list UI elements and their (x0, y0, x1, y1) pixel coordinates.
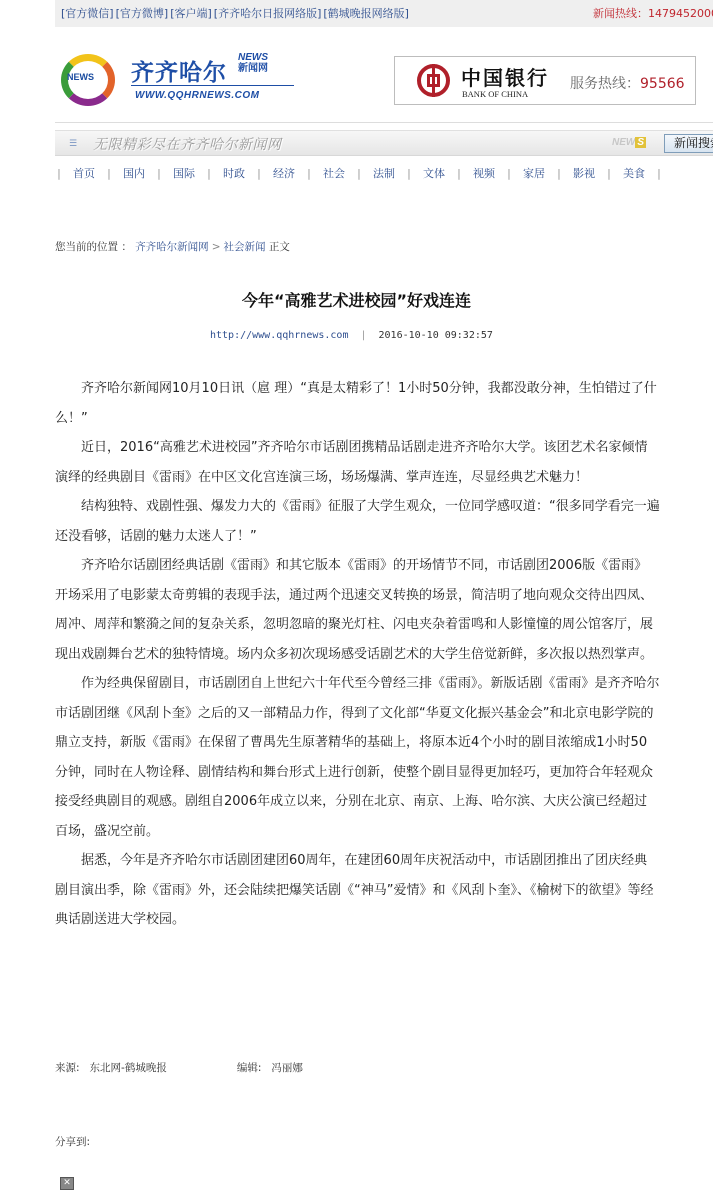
source-value: 东北网-鹤城晚报 (90, 1062, 167, 1074)
logo-url: WWW.QQHRNEWS.COM (135, 90, 259, 101)
nav-home[interactable]: 首页 (63, 164, 105, 184)
logo-news-text: NEWS 新闻网 (238, 52, 268, 74)
nav-video[interactable]: 视频 (463, 164, 505, 184)
nav-economy[interactable]: 经济 (263, 164, 305, 184)
nav-society[interactable]: 社会 (313, 164, 355, 184)
breadcrumb-arrow-icon: > (212, 241, 221, 253)
logo-name: 齐齐哈尔 (131, 54, 227, 87)
nav-law[interactable]: 法制 (363, 164, 405, 184)
link-client[interactable]: [客户端] (170, 7, 212, 20)
boc-service-hotline: 服务热线：95566 (570, 73, 685, 93)
boc-name-en: BANK OF CHINA (462, 89, 528, 99)
nav-food[interactable]: 美食 (613, 164, 655, 184)
boc-logo-icon (417, 64, 450, 97)
logo-q-icon: NEWS (57, 50, 119, 110)
article-body: 齐齐哈尔新闻网10月10日讯（扈 理）“真是太精彩了！1小时50分钟，我都没敢分… (55, 374, 660, 935)
news-s-logo-icon: NEWS (612, 137, 646, 148)
article-title: 今年“高雅艺术进校园”好戏连连 (0, 288, 713, 311)
breadcrumb-current: 正文 (269, 241, 290, 253)
top-bar: [官方微信][官方微博][客户端][齐齐哈尔日报网络版][鹤城晚报网络版] 新闻… (55, 0, 713, 27)
editor-label: 编辑: (237, 1062, 262, 1074)
news-search-button[interactable]: 新闻搜索 (664, 134, 713, 153)
nav-home-living[interactable]: 家居 (513, 164, 555, 184)
article-paragraph: 据悉，今年是齐齐哈尔市话剧团建团60周年，在建团60周年庆祝活动中，市话剧团推出… (55, 846, 660, 935)
article-source-url[interactable]: http://www.qqhrnews.com (210, 330, 348, 341)
breadcrumb-section[interactable]: 社会新闻 (224, 241, 266, 253)
article-paragraph: 近日，2016“高雅艺术进校园”齐齐哈尔市话剧团携精品话剧走进齐齐哈尔大学。该团… (55, 433, 660, 492)
link-weibo[interactable]: [官方微博] (116, 7, 169, 20)
header-divider (55, 122, 713, 123)
nav-culture-sports[interactable]: 文体 (413, 164, 455, 184)
nav-politics[interactable]: 时政 (213, 164, 255, 184)
article-paragraph: 齐齐哈尔话剧团经典话剧《雷雨》和其它版本《雷雨》的开场情节不同，市话剧团2006… (55, 551, 660, 669)
article-meta: http://www.qqhrnews.com|2016-10-10 09:32… (210, 330, 493, 341)
article-paragraph: 结构独特、戏剧性强、爆发力大的《雷雨》征服了大学生观众，一位同学感叹道：“很多同… (55, 492, 660, 551)
site-logo[interactable]: NEWS 齐齐哈尔 NEWS 新闻网 WWW.QQHRNEWS.COM (55, 48, 295, 116)
news-hotline: 新闻热线：1479452000 (593, 0, 713, 27)
nav-film[interactable]: 影视 (563, 164, 605, 184)
editor-value: 冯丽娜 (271, 1062, 303, 1074)
article-paragraph: 作为经典保留剧目，市话剧团自上世纪六十年代至今曾经三排《雷雨》。新版话剧《雷雨》… (55, 669, 660, 846)
list-icon: ☰ (69, 139, 77, 149)
link-evening-online[interactable]: [鹤城晚报网络版] (323, 7, 409, 20)
boc-name-cn: 中国银行 (461, 62, 549, 91)
main-nav: |首页|国内|国际|时政|经济|社会|法制|文体|视频|家居|影视|美食| (55, 164, 713, 184)
article-footer-info: 来源:东北网-鹤城晚报编辑:冯丽娜 (55, 1060, 303, 1075)
share-broken-image-icon[interactable]: ✕ (60, 1177, 74, 1190)
breadcrumb-home[interactable]: 齐齐哈尔新闻网 (135, 241, 209, 253)
nav-domestic[interactable]: 国内 (113, 164, 155, 184)
slogan-bar: ☰ 无限精彩尽在齐齐哈尔新闻网 NEWS 新闻搜索 (55, 130, 713, 156)
source-label: 来源: (55, 1062, 80, 1074)
slogan-text: 无限精彩尽在齐齐哈尔新闻网 (93, 134, 282, 154)
breadcrumb: 您当前的位置 ： 齐齐哈尔新闻网>社会新闻 正文 (55, 239, 290, 254)
logo-underline (131, 85, 294, 86)
link-wechat[interactable]: [官方微信] (61, 7, 114, 20)
bank-of-china-ad[interactable]: 中国银行 BANK OF CHINA 服务热线：95566 (394, 56, 696, 105)
top-links: [官方微信][官方微博][客户端][齐齐哈尔日报网络版][鹤城晚报网络版] (61, 0, 411, 27)
share-label: 分享到: (55, 1134, 90, 1149)
article-datetime: 2016-10-10 09:32:57 (379, 330, 493, 341)
article-paragraph: 齐齐哈尔新闻网10月10日讯（扈 理）“真是太精彩了！1小时50分钟，我都没敢分… (55, 374, 660, 433)
nav-international[interactable]: 国际 (163, 164, 205, 184)
link-daily-online[interactable]: [齐齐哈尔日报网络版] (214, 7, 322, 20)
